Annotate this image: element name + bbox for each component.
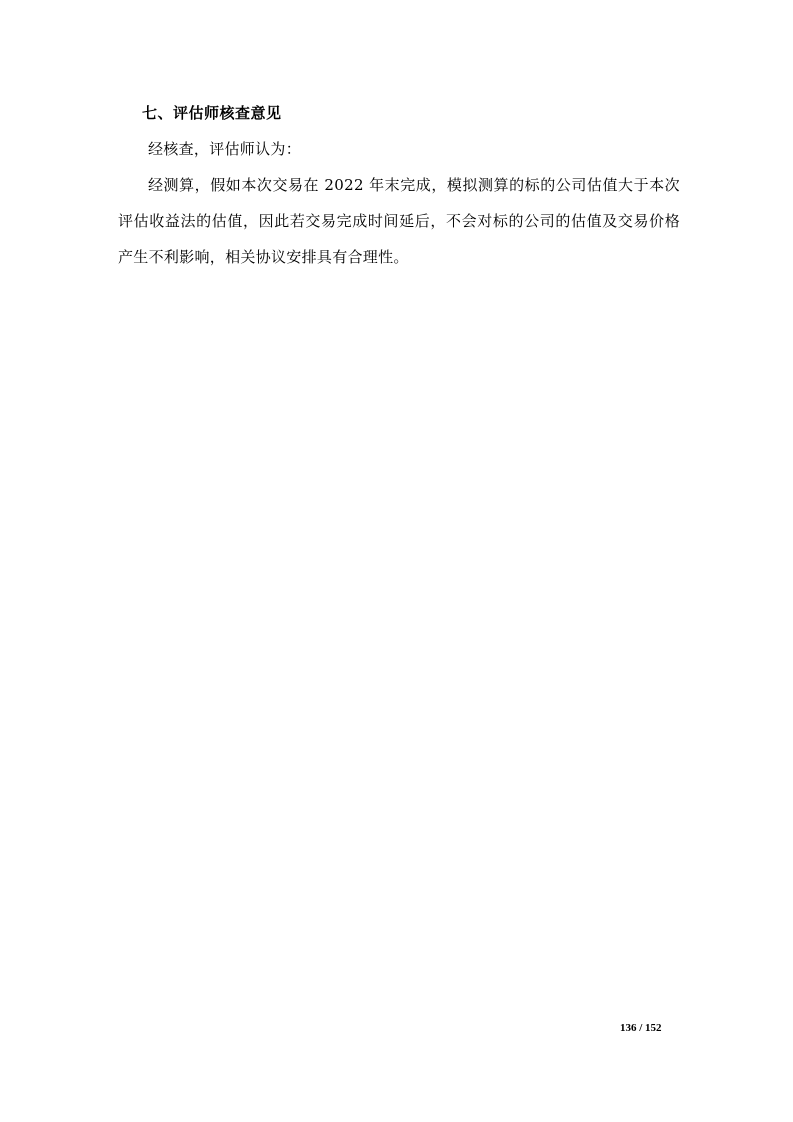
paragraph-intro: 经核查，评估师认为： (118, 131, 680, 167)
paragraph-conclusion: 经测算，假如本次交易在 2022 年末完成，模拟测算的标的公司估值大于本次评估收… (118, 167, 680, 275)
section-heading: 七、评估师核查意见 (142, 102, 282, 123)
document-page: 七、评估师核查意见 经核查，评估师认为： 经测算，假如本次交易在 2022 年末… (0, 0, 793, 1122)
page-number: 136 / 152 (620, 1022, 662, 1034)
